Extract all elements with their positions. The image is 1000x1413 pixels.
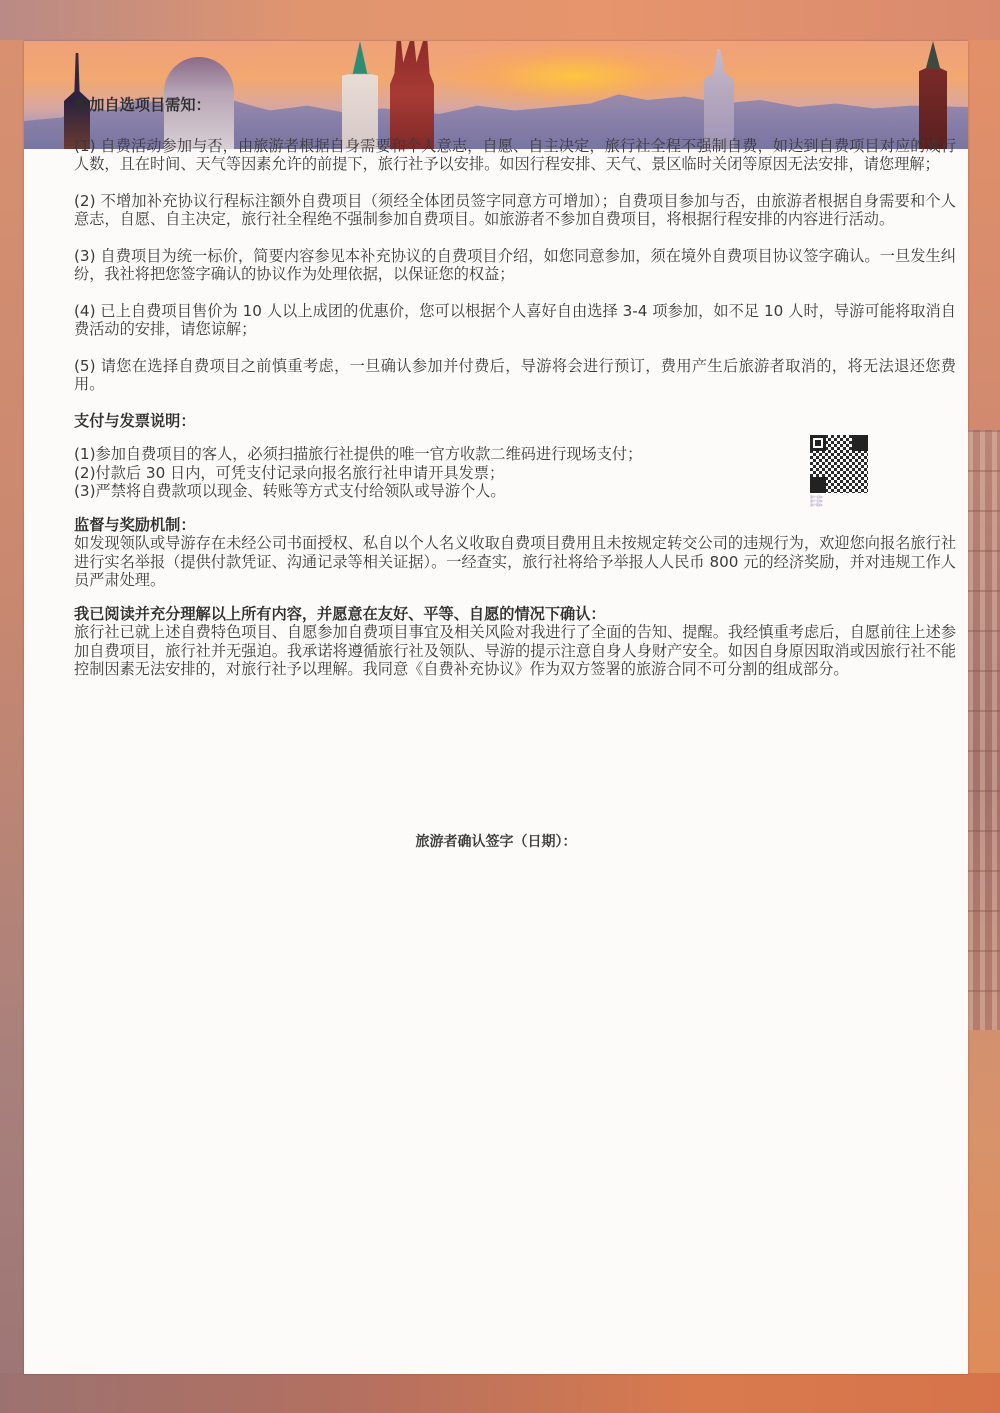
notice-heading: 参加自选项目需知： (74, 96, 956, 115)
qr-code-icon (810, 435, 868, 493)
payment-heading: 支付与发票说明： (74, 412, 956, 431)
notice-item-4: (4) 已上自费项目售价为 10 人以上成团的优惠价，您可以根据个人喜好自由选择… (74, 302, 956, 339)
supervision-body: 如发现领队或导游存在未经公司书面授权、私自以个人名义收取自费项目费用且未按规定转… (74, 534, 956, 590)
notice-item-2: (2) 不增加补充协议行程标注额外自费项目（须经全体团员签字同意方可增加）；自费… (74, 192, 956, 229)
document-page: 参加自选项目需知： (1) 自费活动参加与否，由旅游者根据自身需要和个人意志，自… (24, 41, 968, 1374)
notice-item-5: (5) 请您在选择自费项目之前慎重考虑，一旦确认参加并付费后，导游将会进行预订，… (74, 357, 956, 394)
supervision-heading: 监督与奖励机制： (74, 516, 956, 535)
traveler-signature-label: 旅游者确认签字（日期）： (24, 831, 968, 851)
document-content: 参加自选项目需知： (1) 自费活动参加与否，由旅游者根据自身需要和个人意志，自… (74, 96, 956, 679)
background-building-image (968, 430, 1000, 1030)
payment-qr-code[interactable]: 商户名称： 商户名称： 商户简称： (810, 435, 870, 507)
qr-caption: 商户名称： 商户名称： 商户简称： (810, 495, 870, 507)
notice-item-1: (1) 自费活动参加与否，由旅游者根据自身需要和个人意志，自愿、自主决定，旅行社… (74, 137, 956, 174)
background-bottom-edge (0, 1373, 1000, 1413)
background-right-edge (968, 40, 1000, 1413)
confirmation-heading: 我已阅读并充分理解以上所有内容，并愿意在友好、平等、自愿的情况下确认： (74, 605, 956, 624)
confirmation-body: 旅行社已就上述自费特色项目、自愿参加自费项目事宜及相关风险对我进行了全面的告知、… (74, 623, 956, 679)
qr-caption-line: 商户简称： (810, 503, 870, 507)
background-left-edge (0, 40, 24, 1413)
notice-item-3: (3) 自费项目为统一标价，简要内容参见本补充协议的自费项目介绍，如您同意参加，… (74, 247, 956, 284)
